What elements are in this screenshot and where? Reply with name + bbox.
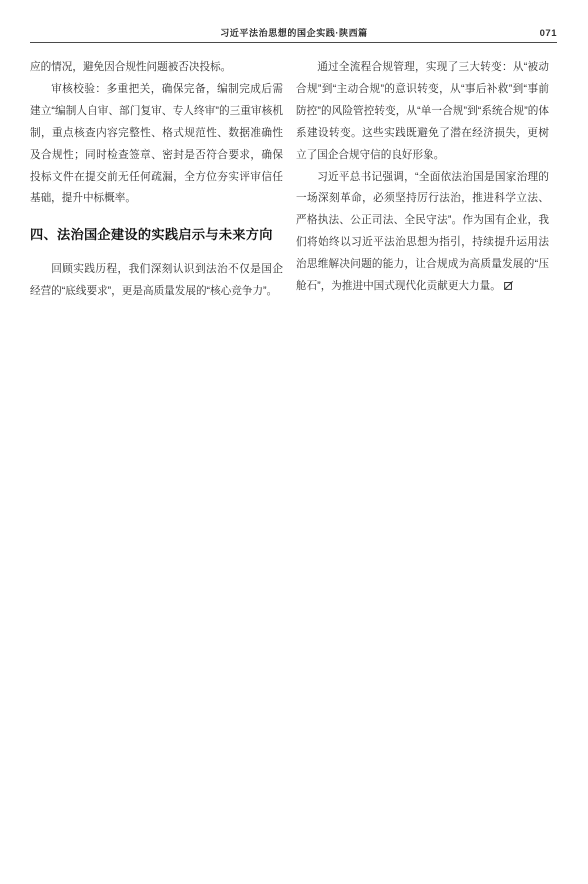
paragraph-reflection: 回顾实践历程，我们深刻认识到法治不仅是国企经营的“底线要求”，更是高质量发展的“…: [30, 259, 283, 303]
paragraph-transformation: 通过全流程合规管理，实现了三大转变：从“被动合规”到“主动合规”的意识转变，从“…: [296, 57, 549, 167]
paragraph-review-check: 审核校验：多重把关，确保完备，编制完成后需建立“编制人自审、部门复审、专人终审”…: [30, 79, 283, 210]
article-end-icon: [504, 281, 513, 290]
right-column: 通过全流程合规管理，实现了三大转变：从“被动合规”到“主动合规”的意识转变，从“…: [296, 57, 549, 298]
header-rule: [30, 42, 557, 43]
document-page: 习近平法治思想的国企实践·陕西篇 071 应的情况，避免因合规性问题被否决投标。…: [0, 0, 588, 884]
paragraph-closing: 习近平总书记强调，“全面依法治国是国家治理的一场深刻革命，必须坚持厉行法治，推进…: [296, 167, 549, 298]
paragraph-closing-text: 习近平总书记强调，“全面依法治国是国家治理的一场深刻革命，必须坚持厉行法治，推进…: [296, 171, 549, 293]
left-column: 应的情况，避免因合规性问题被否决投标。 审核校验：多重把关，确保完备，编制完成后…: [30, 57, 283, 303]
section-heading: 四、法治国企建设的实践启示与未来方向: [30, 226, 283, 244]
page-number: 071: [540, 28, 557, 39]
paragraph-continuation: 应的情况，避免因合规性问题被否决投标。: [30, 57, 283, 79]
running-header-title: 习近平法治思想的国企实践·陕西篇: [0, 26, 588, 39]
